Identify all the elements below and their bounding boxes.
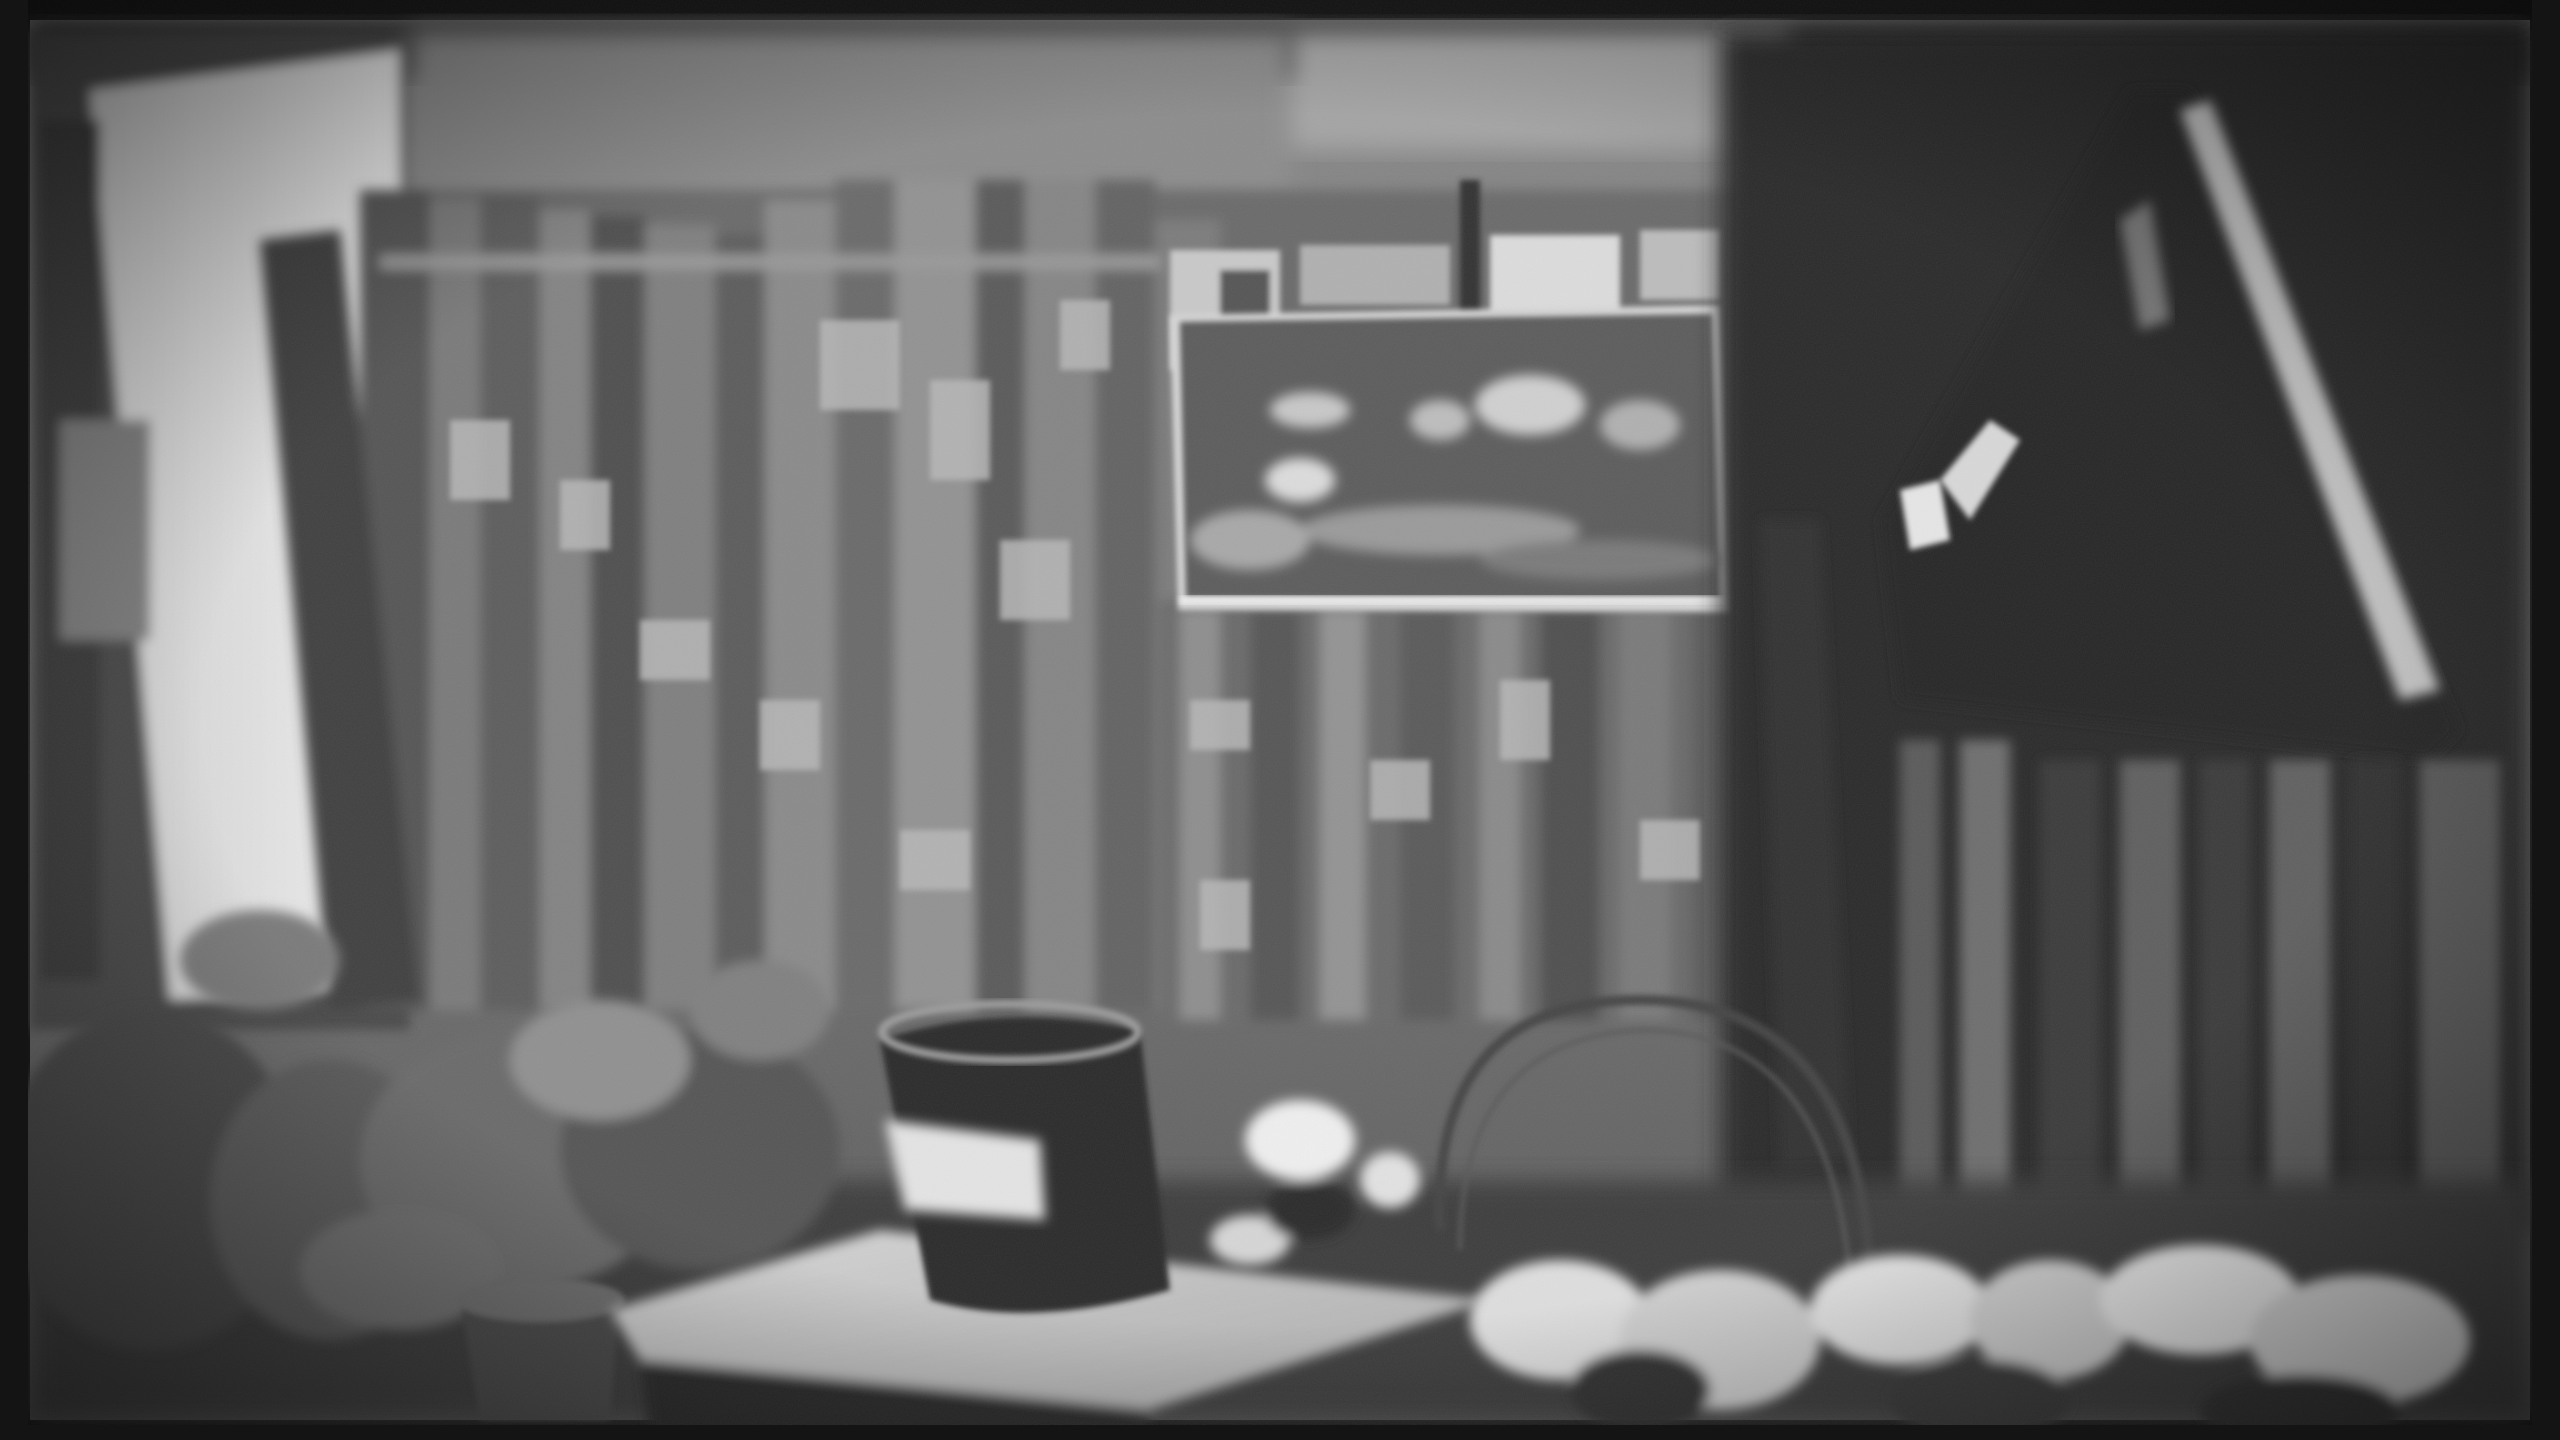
frame-bottom-edge (0, 1425, 2560, 1440)
frame-right-edge (2532, 0, 2560, 1440)
film-still (0, 0, 2560, 1440)
frame-left-edge (0, 0, 28, 1440)
vignette (0, 0, 2560, 1440)
